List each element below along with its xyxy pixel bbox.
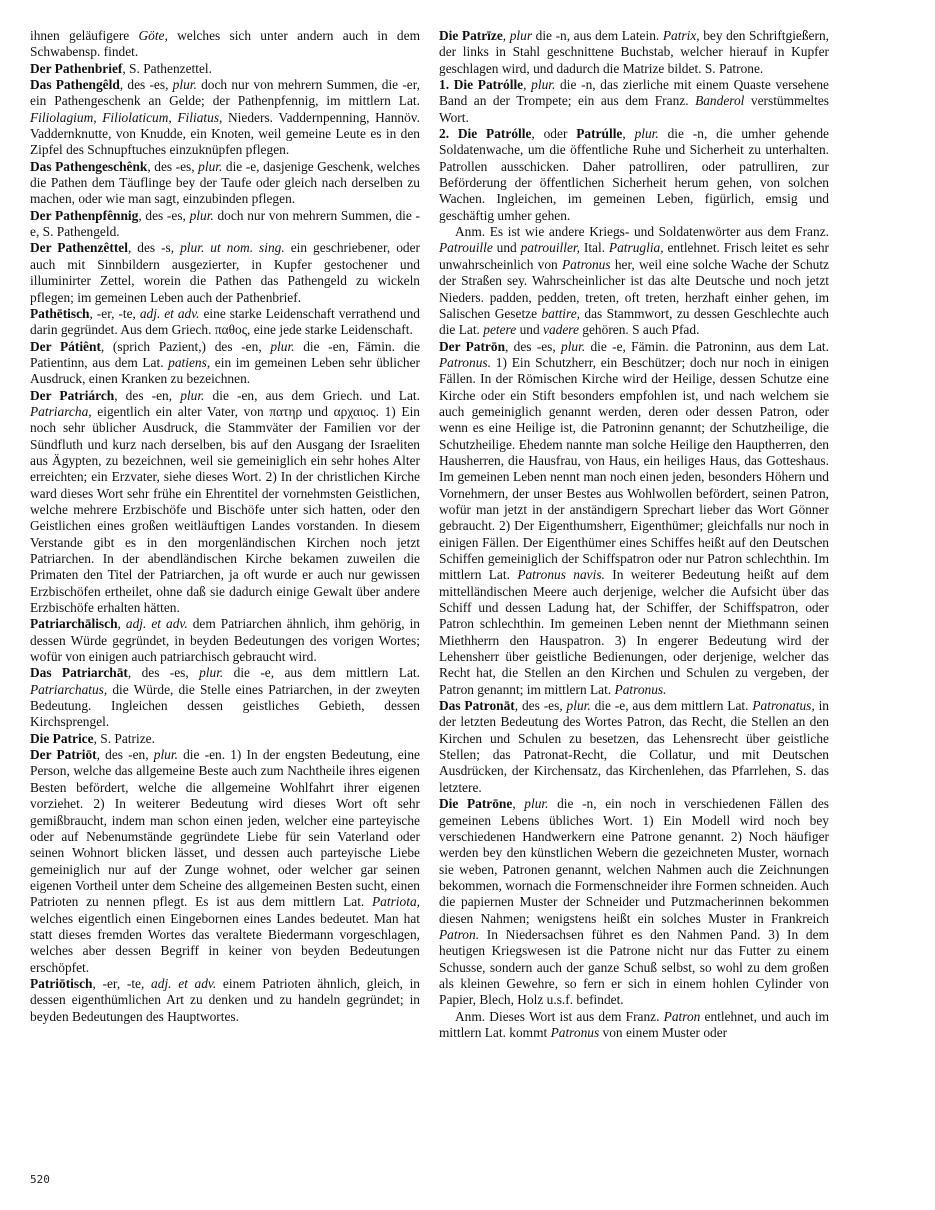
entry-text: die -n, aus dem Latein. (532, 28, 663, 43)
entry-headword: Patriarchālisch (30, 616, 118, 631)
entry-headword: Das Pathengêld (30, 77, 120, 92)
entry-text: 1) Ein Schutzherr, ein Beschützer; doch … (439, 355, 829, 582)
italic-term: battire, (541, 306, 580, 321)
entry-text: Anm. Dieses Wort ist aus dem Franz. (455, 1009, 664, 1024)
italic-term: Göte, (138, 28, 167, 43)
entry-headword: Das Pathengeschênk (30, 159, 147, 174)
entry-headword: Patriōtisch (30, 976, 92, 991)
entry-text: die -e, Fämin. die Patroninn, aus dem La… (585, 339, 829, 354)
italic-term: Pa­tronatus, (752, 698, 814, 713)
dictionary-entry-patrolle-2: 2. Die Patrólle, oder Patrúlle, plur. di… (439, 126, 829, 224)
entry-text: , des -es, (128, 665, 199, 680)
italic-term: plur. (270, 339, 294, 354)
entry-headword: Der Pathenzêttel (30, 240, 128, 255)
italic-term: Patron (664, 1009, 701, 1024)
entry-text: , oder (531, 126, 576, 141)
entry-headword: Der Patriōt (30, 747, 97, 762)
dictionary-entry-patrolle-anm: Anm. Es ist wie andere Kriegs- und Solda… (439, 224, 829, 338)
dictionary-entry-patriot: Der Patriōt, des -en, plur. die -en. 1) … (30, 747, 420, 976)
entry-text: , -er, -te, (90, 306, 140, 321)
entry-text: und (493, 240, 521, 255)
entry-headword: Der Pathenbrief (30, 61, 122, 76)
entry-text: und (516, 322, 543, 337)
entry-text: , -er, -te, (92, 976, 151, 991)
italic-term: adj. et adv. (140, 306, 200, 321)
italic-term: plur. (154, 747, 178, 762)
italic-term: plur. (561, 339, 585, 354)
italic-term: Patronus. (439, 355, 491, 370)
italic-term: patiens, (168, 355, 210, 370)
entry-headword: Der Patriárch (30, 388, 114, 403)
entry-text: , des -es, (505, 339, 561, 354)
italic-term: vadere (543, 322, 579, 337)
italic-term: adj. et adv. (126, 616, 188, 631)
italic-term: Patron. (439, 927, 479, 942)
entry-text: , S. Patrize. (94, 731, 155, 746)
entry-text: , des -en, (114, 388, 180, 403)
italic-term: Patriarcha, (30, 404, 92, 419)
entry-text: , des -en, (97, 747, 154, 762)
dictionary-entry-patronat: Das Patronāt, des -es, plur. die -e, aus… (439, 698, 829, 796)
italic-term: Patruglia, (609, 240, 664, 255)
dictionary-entry-cont: ihnen geläufigere Göte, welches sich unt… (30, 28, 420, 61)
dictionary-entry-patriarch: Der Patriárch, des -en, plur. die -en, a… (30, 388, 420, 617)
italic-term: plur. (198, 159, 222, 174)
entry-text: , des -es, (120, 77, 173, 92)
italic-term: plur. (524, 796, 548, 811)
dictionary-entry-patrolle-1: 1. Die Patrólle, plur. die -n, das zierl… (439, 77, 829, 126)
entry-text: , (sprich Pazient,) des -en, (101, 339, 270, 354)
italic-term: plur. (173, 77, 197, 92)
italic-term: Banderol (695, 93, 744, 108)
entry-headword: Pathētisch (30, 306, 90, 321)
dictionary-entry-patient: Der Pátiênt, (sprich Pazient,) des -en, … (30, 339, 420, 388)
entry-headword: Das Patriarchāt (30, 665, 128, 680)
entry-text: ihnen geläufigere (30, 28, 138, 43)
italic-term: Filiolagium, Filiolaticum, Filiatus, (30, 110, 222, 125)
dictionary-entry-patrone: Die Patrōne, plur. die -n, ein noch in v… (439, 796, 829, 1008)
italic-term: plur. (531, 77, 555, 92)
italic-term: Patronus navis. (517, 567, 605, 582)
entry-headword: Der Pathenpfênnig (30, 208, 138, 223)
entry-text: In Niedersachsen führet es den Nahmen Pa… (439, 927, 829, 1007)
entry-headword: Der Pátiênt (30, 339, 101, 354)
dictionary-entry-pathenpfennig: Der Pathenpfênnig, des -es, plur. doch n… (30, 208, 420, 241)
italic-term: Patrix, (663, 28, 700, 43)
right-column: Die Patrīze, plur die -n, aus dem Latein… (439, 28, 829, 1041)
entry-text: In weiterer Bedeutung heißt auf dem mitt… (439, 567, 829, 696)
entry-text: Anm. Es ist wie andere Kriegs- und Solda… (455, 224, 829, 239)
dictionary-entry-patriarchalisch: Patriarchālisch, adj. et adv. dem Patria… (30, 616, 420, 665)
entry-text: , des -es, (147, 159, 198, 174)
page-number: 520 (30, 1173, 50, 1186)
entry-text: , (503, 28, 510, 43)
entry-text: , des -s, (128, 240, 180, 255)
entry-text: die -n, ein noch in verschiedenen Fällen… (439, 796, 829, 925)
entry-text: , des -es, (515, 698, 567, 713)
entry-text: , des -es, (138, 208, 189, 223)
entry-headword: 2. Die Patrólle (439, 126, 531, 141)
italic-term: plur. ut nom. sing. (180, 240, 285, 255)
entry-text: , (622, 126, 634, 141)
italic-term: plur. (199, 665, 223, 680)
italic-term: Patronus (551, 1025, 600, 1040)
dictionary-entry-patron: Der Patrōn, des -es, plur. die -e, Fämin… (439, 339, 829, 699)
dictionary-entry-patriarchat: Das Patriarchāt, des -es, plur. die -e, … (30, 665, 420, 730)
italic-term: plur. (190, 208, 214, 223)
italic-term: plur. (567, 698, 591, 713)
italic-term: Patriarchatus, (30, 682, 107, 697)
entry-text: Ital. (580, 240, 609, 255)
entry-text: die -e, aus dem mittlern Lat. (223, 665, 420, 680)
dictionary-entry-pathetisch: Pathētisch, -er, -te, adj. et adv. eine … (30, 306, 420, 339)
italic-term: patrouiller, (521, 240, 580, 255)
entry-text: , (523, 77, 531, 92)
italic-term: plur. (635, 126, 659, 141)
italic-term: plur (510, 28, 532, 43)
entry-headword: Patrúlle (576, 126, 622, 141)
entry-text: , (118, 616, 126, 631)
entry-headword: Die Patrōne (439, 796, 512, 811)
entry-headword: Das Patronāt (439, 698, 515, 713)
entry-text: eigentlich ein alter Vater, von πατηρ un… (30, 404, 420, 615)
dictionary-entry-patrice: Die Patrice, S. Patrize. (30, 731, 420, 747)
entry-text: welches eigentlich einen Eingebornen ein… (30, 911, 420, 975)
italic-term: Patriota, (372, 894, 420, 909)
dictionary-entry-pathengeschenk: Das Pathengeschênk, des -es, plur. die -… (30, 159, 420, 208)
italic-term: Patronus. (615, 682, 667, 697)
italic-term: Patronus (562, 257, 611, 272)
dictionary-entry-pathenzettel: Der Pathenzêttel, des -s, plur. ut nom. … (30, 240, 420, 305)
italic-term: Patrouille (439, 240, 493, 255)
entry-text: , S. Pathenzettel. (122, 61, 212, 76)
dictionary-entry-patrize: Die Patrīze, plur die -n, aus dem Latein… (439, 28, 829, 77)
entry-text: die -en. 1) In der engsten Bedeutung, ei… (30, 747, 420, 909)
entry-text: , (512, 796, 524, 811)
entry-headword: 1. Die Patrólle (439, 77, 523, 92)
entry-headword: Die Patrice (30, 731, 94, 746)
entry-text: von einem Muster oder (599, 1025, 727, 1040)
dictionary-entry-patriotisch: Patriōtisch, -er, -te, adj. et adv. eine… (30, 976, 420, 1025)
dictionary-entry-pathenbrief: Der Pathenbrief, S. Pathenzettel. (30, 61, 420, 77)
entry-headword: Der Patrōn (439, 339, 505, 354)
entry-text: die -e, aus dem mittlern Lat. (591, 698, 753, 713)
dictionary-entry-patrone-anm: Anm. Dieses Wort ist aus dem Franz. Patr… (439, 1009, 829, 1042)
italic-term: adj. et adv. (151, 976, 216, 991)
italic-term: petere (483, 322, 516, 337)
italic-term: plur. (180, 388, 204, 403)
entry-text: gehören. S auch Pfad. (579, 322, 699, 337)
left-column: ihnen geläufigere Göte, welches sich unt… (30, 28, 420, 1025)
dictionary-entry-pathengeld: Das Pathengêld, des -es, plur. doch nur … (30, 77, 420, 159)
entry-text: die -en, aus dem Griech. und Lat. (204, 388, 420, 403)
entry-headword: Die Patrīze (439, 28, 503, 43)
